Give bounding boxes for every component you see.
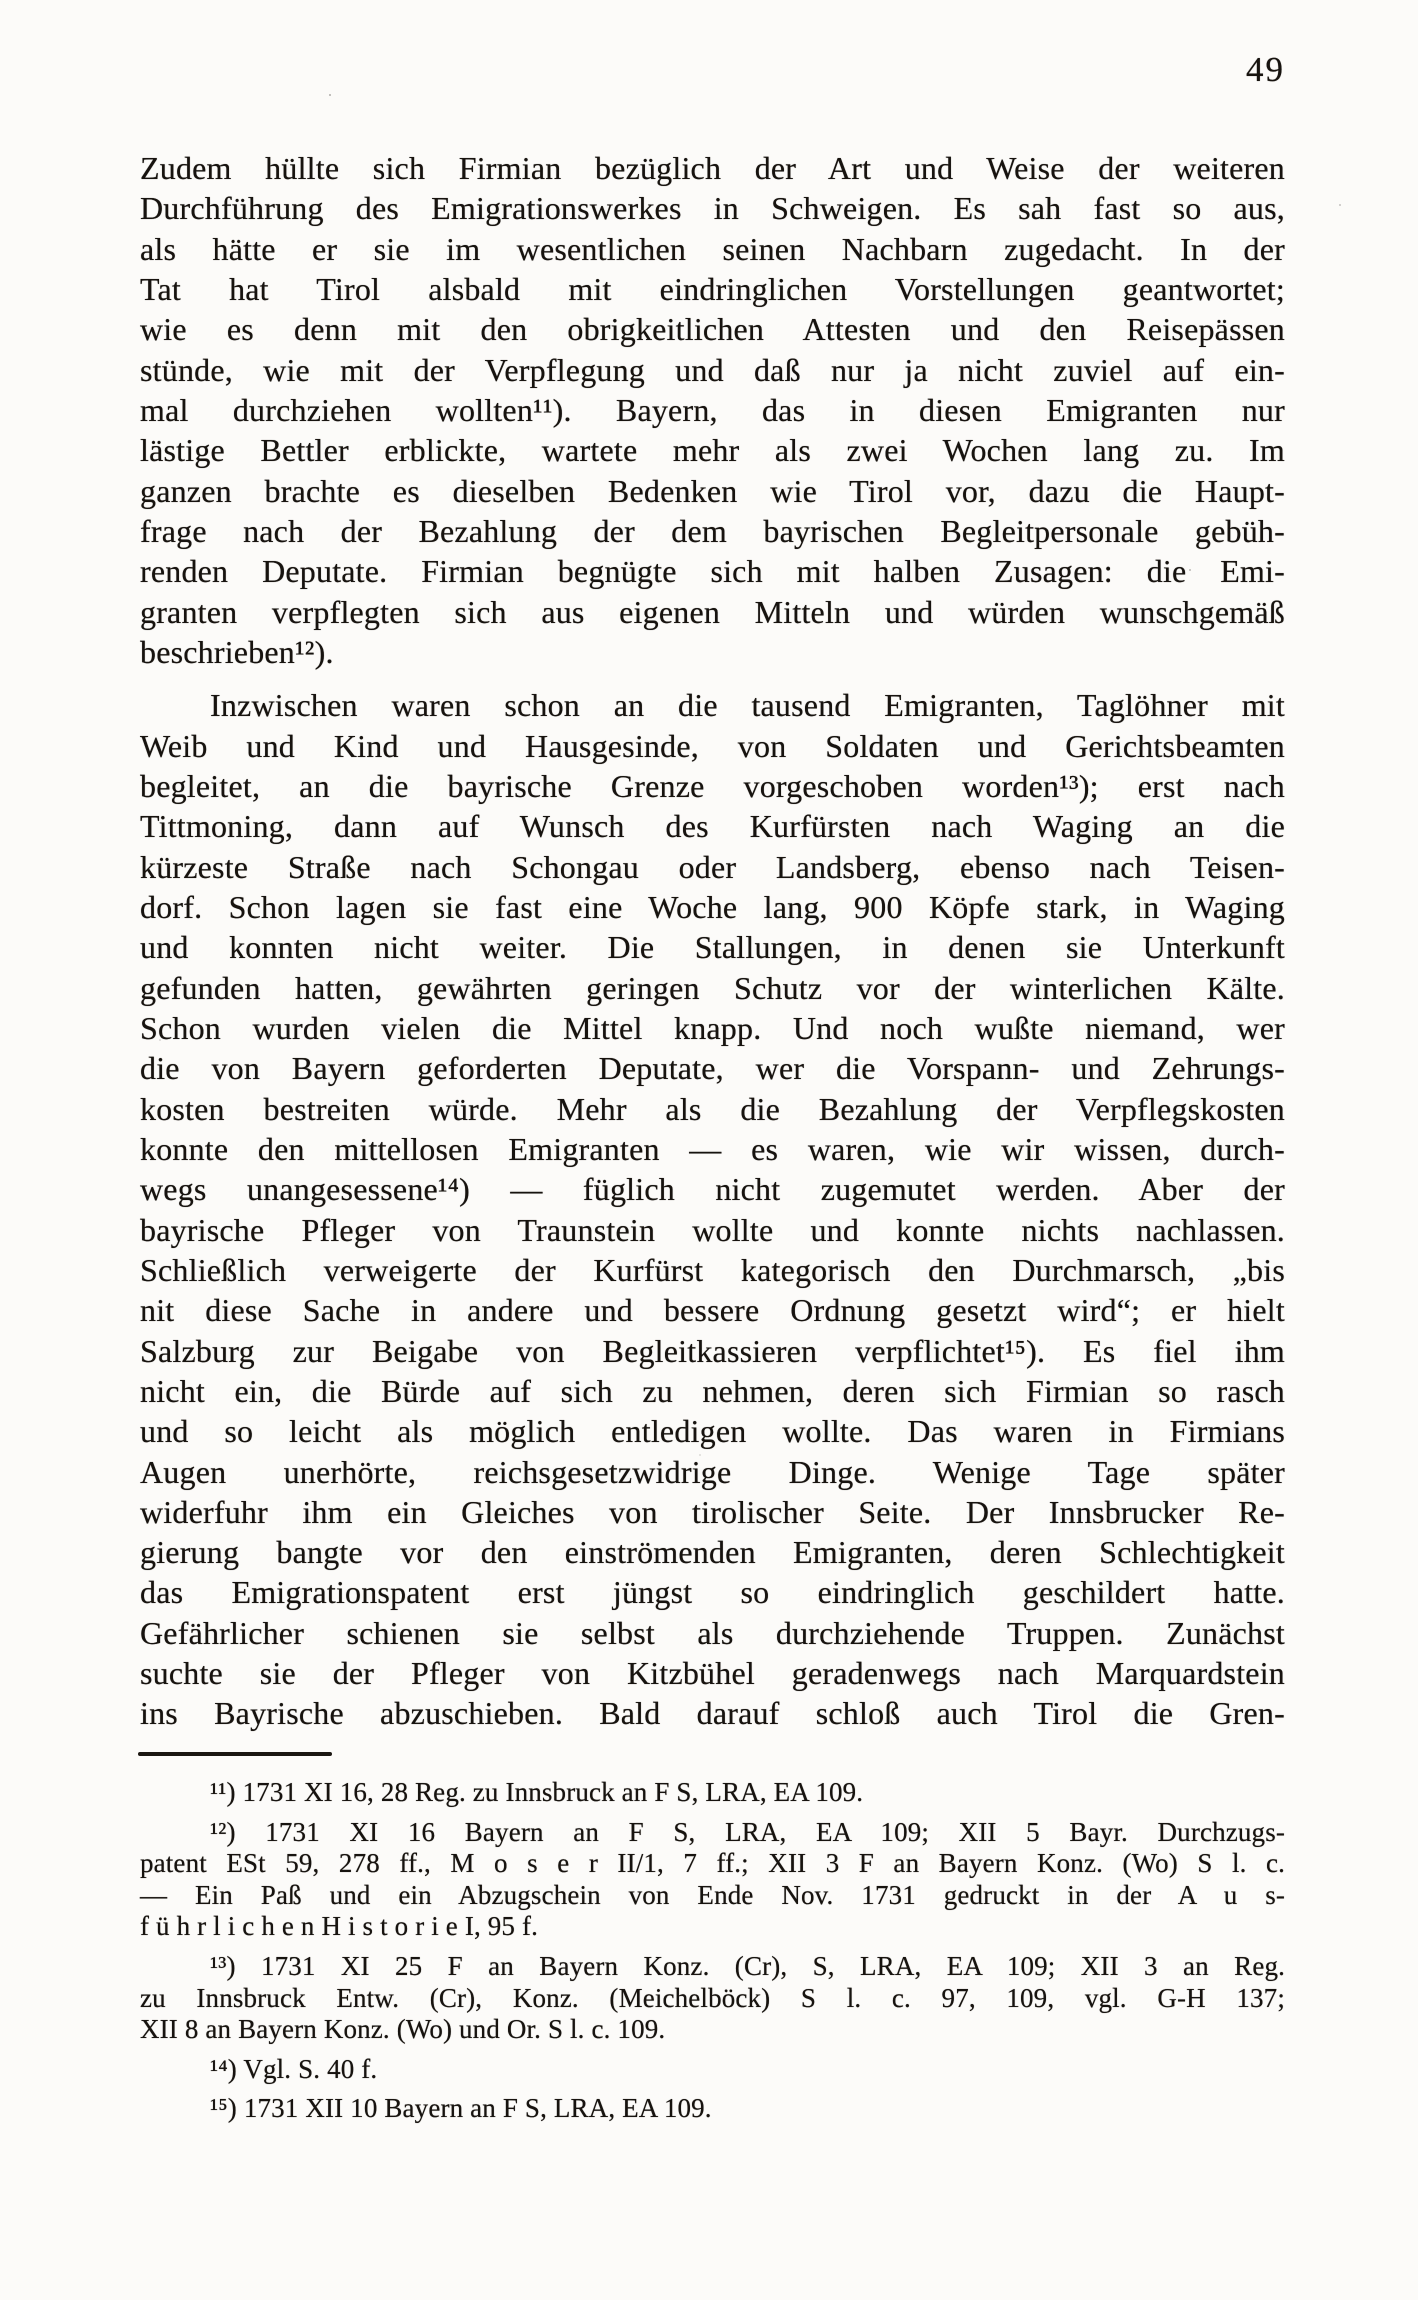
text-line: widerfuhr ihm ein Gleiches von tirolisch… — [140, 1492, 1285, 1532]
page-number: 49 — [1246, 50, 1285, 90]
text-line: mal durchziehen wollten¹¹). Bayern, das … — [140, 390, 1285, 430]
text-line: wie es denn mit den obrigkeitlichen Atte… — [140, 309, 1285, 349]
book-page: 49 Zudem hüllte sich Firmian bezüglich d… — [0, 0, 1418, 2300]
footnote-line: ¹⁵) 1731 XII 10 Bayern an F S, LRA, EA 1… — [140, 2093, 1285, 2125]
text-line: frage nach der Bezahlung der dem bayrisc… — [140, 511, 1285, 551]
footnote-item: ¹⁵) 1731 XII 10 Bayern an F S, LRA, EA 1… — [140, 2093, 1285, 2125]
footnote-item: ¹³) 1731 XI 25 F an Bayern Konz. (Cr), S… — [140, 1951, 1285, 2046]
text-line: suchte sie der Pfleger von Kitzbühel ger… — [140, 1653, 1285, 1693]
text-line: und konnten nicht weiter. Die Stallungen… — [140, 927, 1285, 967]
footnote-line: ¹⁴) Vgl. S. 40 f. — [140, 2054, 1285, 2086]
text-line: und so leicht als möglich entledigen wol… — [140, 1411, 1285, 1451]
paragraph: Inzwischen waren schon an die tausend Em… — [140, 685, 1285, 1734]
footnote-item: ¹²) 1731 XI 16 Bayern an F S, LRA, EA 10… — [140, 1817, 1285, 1943]
text-line: Salzburg zur Beigabe von Begleitkassiere… — [140, 1331, 1285, 1371]
text-line: nicht ein, die Bürde auf sich zu nehmen,… — [140, 1371, 1285, 1411]
text-line: beschrieben¹²). — [140, 632, 1285, 672]
footnote-item: ¹¹) 1731 XI 16, 28 Reg. zu Innsbruck an … — [140, 1777, 1285, 1809]
text-line: stünde, wie mit der Verpflegung und daß … — [140, 350, 1285, 390]
text-line: bayrische Pfleger von Traunstein wollte … — [140, 1210, 1285, 1250]
body-text: Zudem hüllte sich Firmian bezüglich der … — [140, 148, 1285, 1734]
footnotes-section: ¹¹) 1731 XI 16, 28 Reg. zu Innsbruck an … — [140, 1777, 1285, 2125]
text-line: als hätte er sie im wesentlichen seinen … — [140, 229, 1285, 269]
text-line: Augen unerhörte, reichsgesetzwidrige Din… — [140, 1452, 1285, 1492]
text-line: Gefährlicher schienen sie selbst als dur… — [140, 1613, 1285, 1653]
text-line: nit diese Sache in andere und bessere Or… — [140, 1290, 1285, 1330]
footnote-separator-rule — [138, 1752, 332, 1756]
text-line: gefunden hatten, gewährten geringen Schu… — [140, 968, 1285, 1008]
footnote-line: zu Innsbruck Entw. (Cr), Konz. (Meichelb… — [140, 1983, 1285, 2015]
text-line: ganzen brachte es dieselben Bedenken wie… — [140, 471, 1285, 511]
text-line: kosten bestreiten würde. Mehr als die Be… — [140, 1089, 1285, 1129]
text-line: Tittmoning, dann auf Wunsch des Kurfürst… — [140, 806, 1285, 846]
text-line: granten verpflegten sich aus eigenen Mit… — [140, 592, 1285, 632]
text-line: Schon wurden vielen die Mittel knapp. Un… — [140, 1008, 1285, 1048]
footnote-line: XII 8 an Bayern Konz. (Wo) und Or. S l. … — [140, 2014, 1285, 2046]
text-line: wegs unangesessene¹⁴) — füglich nicht zu… — [140, 1169, 1285, 1209]
paragraph: Zudem hüllte sich Firmian bezüglich der … — [140, 148, 1285, 672]
text-line: kürzeste Straße nach Schongau oder Lands… — [140, 847, 1285, 887]
text-line: gierung bangte vor den einströmenden Emi… — [140, 1532, 1285, 1572]
text-line: die von Bayern geforderten Deputate, wer… — [140, 1048, 1285, 1088]
footnote-item: ¹⁴) Vgl. S. 40 f. — [140, 2054, 1285, 2086]
text-line: Tat hat Tirol alsbald mit eindringlichen… — [140, 269, 1285, 309]
footnote-line: ¹²) 1731 XI 16 Bayern an F S, LRA, EA 10… — [140, 1817, 1285, 1849]
text-line: Inzwischen waren schon an die tausend Em… — [140, 685, 1285, 725]
footnote-line: f ü h r l i c h e n H i s t o r i e I, 9… — [140, 1911, 1285, 1943]
text-line: lästige Bettler erblickte, wartete mehr … — [140, 430, 1285, 470]
footnote-line: ¹¹) 1731 XI 16, 28 Reg. zu Innsbruck an … — [140, 1777, 1285, 1809]
text-line: konnte den mittellosen Emigranten — es w… — [140, 1129, 1285, 1169]
footnote-line: — Ein Paß und ein Abzugschein von Ende N… — [140, 1880, 1285, 1912]
text-line: begleitet, an die bayrische Grenze vorge… — [140, 766, 1285, 806]
footnote-line: patent ESt 59, 278 ff., M o s e r II/1, … — [140, 1848, 1285, 1880]
text-line: Schließlich verweigerte der Kurfürst kat… — [140, 1250, 1285, 1290]
text-line: Zudem hüllte sich Firmian bezüglich der … — [140, 148, 1285, 188]
text-line: Durchführung des Emigrationswerkes in Sc… — [140, 188, 1285, 228]
text-line: dorf. Schon lagen sie fast eine Woche la… — [140, 887, 1285, 927]
footnote-line: ¹³) 1731 XI 25 F an Bayern Konz. (Cr), S… — [140, 1951, 1285, 1983]
text-line: Weib und Kind und Hausgesinde, von Solda… — [140, 726, 1285, 766]
text-line: renden Deputate. Firmian begnügte sich m… — [140, 551, 1285, 591]
text-line: ins Bayrische abzuschieben. Bald darauf … — [140, 1693, 1285, 1733]
text-line: das Emigrationspatent erst jüngst so ein… — [140, 1572, 1285, 1612]
